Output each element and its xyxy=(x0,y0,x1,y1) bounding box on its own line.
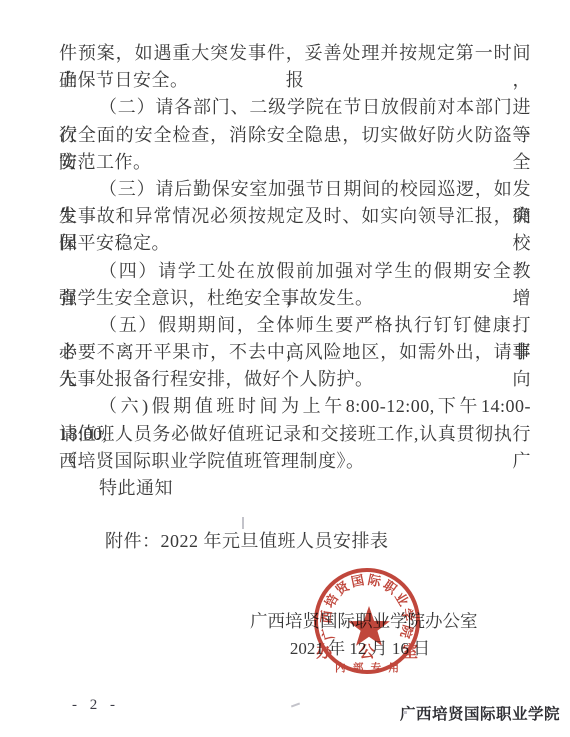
scan-artifact xyxy=(291,703,300,708)
signature-org: 广西培贤国际职业学院办公室 xyxy=(250,611,470,631)
body-line: 发事故和异常情况必须按规定及时、如实向领导汇报，确保校 xyxy=(59,203,531,230)
scan-artifact xyxy=(403,711,407,714)
signature-block: 广西培贤国际职业学院办公室 2021 年 12 月 16 日 xyxy=(250,611,470,658)
signature-date: 2021 年 12 月 16 日 xyxy=(250,640,470,658)
page-number: - 2 - xyxy=(72,697,117,714)
body-line: （四）请学工处在放假前加强对学生的假期安全教育，增 xyxy=(59,258,531,285)
seal-bottom-text: 内部专用 xyxy=(335,661,399,674)
body-line: （六)假期值班时间为上午8:00-12:00,下午14:00-18:00, xyxy=(59,393,531,420)
body-line: （五）假期期间，全体师生要严格执行钉钉健康打卡，非 xyxy=(59,312,531,339)
attachment-line: 附件：2022 年元旦值班人员安排表 xyxy=(105,527,389,553)
body-line: （三）请后勤保安室加强节日期间的校园巡逻，如发生突 xyxy=(59,176,531,203)
document-page: 件预案，如遇重大突发事件，妥善处理并按规定第一时间上报，确保节日安全。（二）请各… xyxy=(0,0,570,737)
notice-body: 件预案，如遇重大突发事件，妥善处理并按规定第一时间上报，确保节日安全。（二）请各… xyxy=(59,40,531,502)
scan-artifact xyxy=(242,517,244,529)
body-line: 必要不离开平果市，不去中高风险地区，如需外出，请事先向 xyxy=(59,339,531,366)
body-line: 次全面的安全检查，消除安全隐患，切实做好防火防盗等安全 xyxy=(59,122,531,149)
watermark: 广西培贤国际职业学院 xyxy=(400,702,560,724)
body-line: 请值班人员务必做好值班记录和交接班工作,认真贯彻执行《广 xyxy=(59,421,531,448)
body-line: 件预案，如遇重大突发事件，妥善处理并按规定第一时间上报， xyxy=(59,40,531,67)
body-line: （二）请各部门、二级学院在节日放假前对本部门进行一 xyxy=(59,94,531,121)
body-line: 特此通知 xyxy=(59,475,531,502)
